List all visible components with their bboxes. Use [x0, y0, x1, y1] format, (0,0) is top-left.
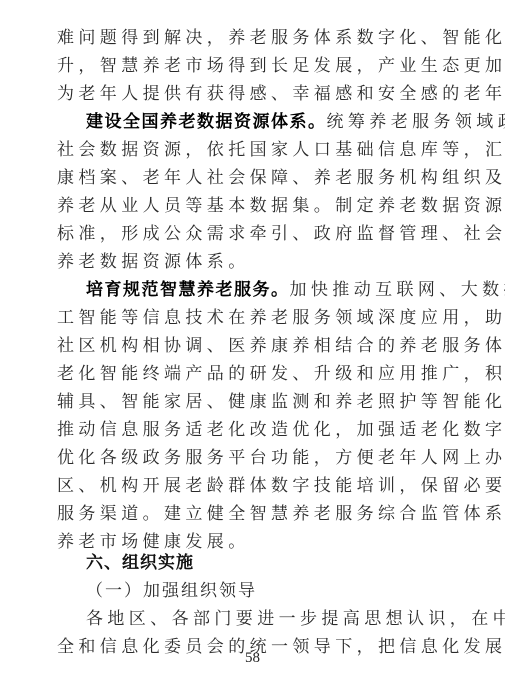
bold-lead-data-resource: 建设全国养老数据资源体系。: [86, 112, 327, 132]
lead-line-rest: 统筹养老服务领域政务和: [327, 112, 505, 132]
body-line: 难问题得到解决，养老服务体系数字化、智能化水平显著提: [57, 28, 425, 48]
body-line: 工智能等信息技术在养老服务领域深度应用，助力构建居家: [57, 308, 425, 328]
body-line: 社区机构相协调、医养康养相结合的养老服务体系。支持适: [57, 336, 425, 356]
body-line: 养老数据资源体系。: [57, 252, 425, 272]
body-line: 升，智慧养老市场得到长足发展，产业生态更加健康完整，: [57, 56, 425, 76]
paragraph-lead-line: 建设全国养老数据资源体系。统筹养老服务领域政务和: [86, 112, 425, 132]
body-line: 优化各级政务服务平台功能，方便老年人网上办事。支持社: [57, 448, 425, 468]
body-line: 辅具、智能家居、健康监测和养老照护等智能化终端产品。: [57, 392, 425, 412]
body-line: 标准，形成公众需求牵引、政府监督管理、社会资本参与的: [57, 224, 425, 244]
body-line: 康档案、老年人社会保障、养老服务机构组织及服务价格、: [57, 168, 425, 188]
bold-lead-smart-elderly-care: 培育规范智慧养老服务。: [86, 280, 290, 300]
document-page: 难问题得到解决，养老服务体系数字化、智能化水平显著提 升，智慧养老市场得到长足发…: [0, 0, 505, 678]
page-number: 58: [0, 650, 505, 667]
body-line: 老化智能终端产品的研发、升级和应用推广，积极开发智能: [57, 364, 425, 384]
paragraph-lead-line: 培育规范智慧养老服务。加快推动互联网、大数据、人: [86, 280, 425, 300]
section-heading: 六、组织实施: [86, 553, 425, 573]
body-line: 社会数据资源，依托国家人口基础信息库等，汇聚老年人健: [57, 140, 425, 160]
body-line: 各地区、各部门要进一步提高思想认识，在中央网络安: [86, 609, 425, 629]
body-line: 为老年人提供有获得感、幸福感和安全感的老年生活。: [57, 84, 425, 104]
body-line: 养老从业人员等基本数据集。制定养老数据资源规范化运营: [57, 196, 425, 216]
body-line: 区、机构开展老龄群体数字技能培训，保留必要的线下办事: [57, 476, 425, 496]
body-line: 推动信息服务适老化改造优化，加强适老化数字服务供给。: [57, 420, 425, 440]
body-line: 养老市场健康发展。: [57, 532, 425, 552]
body-line: 服务渠道。建立健全智慧养老服务综合监管体系，促进智慧: [57, 504, 425, 524]
subsection-heading: （一）加强组织领导: [86, 581, 425, 601]
lead-line-rest: 加快推动互联网、大数据、人: [290, 280, 505, 300]
